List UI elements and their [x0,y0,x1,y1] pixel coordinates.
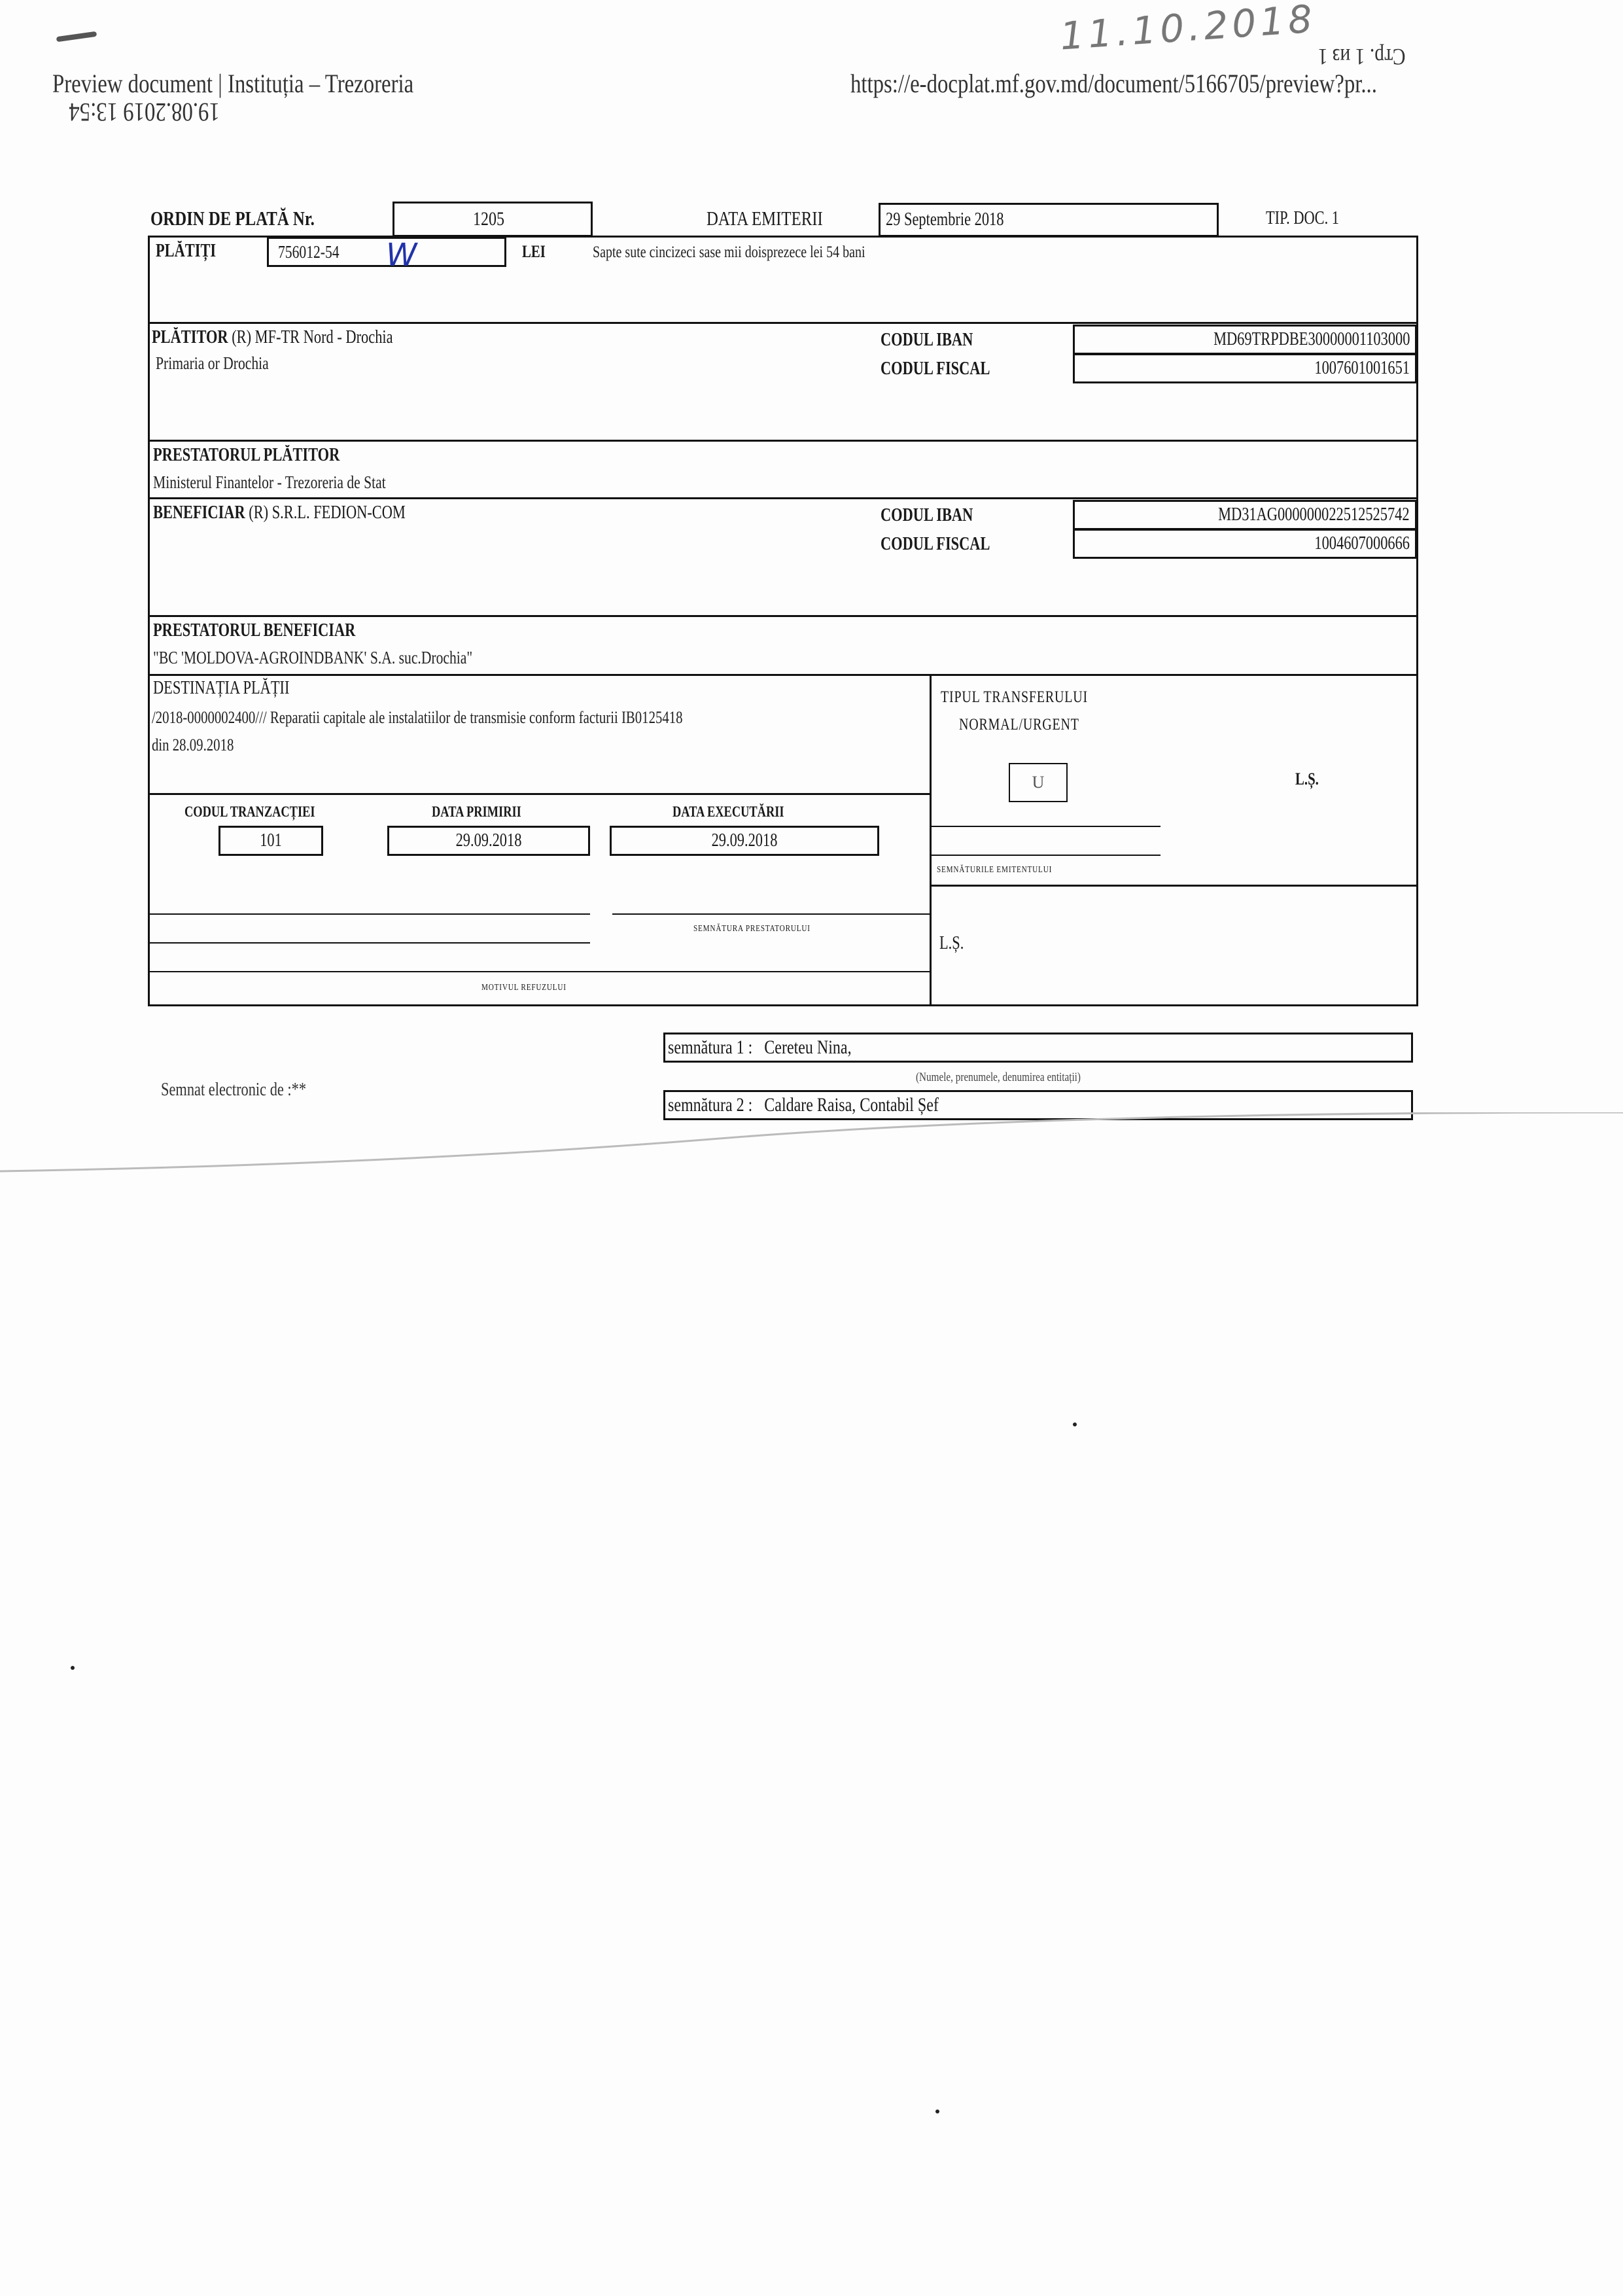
signature-1-label: semnătura 1 : [668,1036,752,1058]
doc-type-label: TIP. DOC. 1 [1266,208,1357,229]
refusal-reason-label: MOTIVUL REFUZULUI [481,983,587,993]
signature-hint: (Numele, prenumele, denumirea entitații) [916,1070,1122,1085]
signed-electronically-label: Semnat electronic de :** [161,1080,343,1101]
issue-date-label: DATA EMITERII [707,207,852,230]
transfer-type-field: U [1009,763,1068,802]
divider [148,440,1418,442]
divider [148,497,1418,499]
beneficiary-fiscal-label: CODUL FISCAL [881,534,1017,555]
provider-signature-label: SEMNĂTURA PRESTATORULUI [693,924,839,934]
beneficiary-fiscal-field: 1004607000666 [1073,529,1417,559]
provider-signature-line-2 [612,913,930,915]
purpose-text-line2: din 28.09.2018 [152,735,254,755]
payer-fiscal-label: CODUL FISCAL [881,359,1017,380]
provider-signature-line-1 [148,913,590,915]
transaction-code-label: CODUL TRANZACȚIEI [184,804,347,821]
printed-datetime: 19.08.2019 13:54 [69,97,220,128]
pay-label: PLĂTIȚI [156,241,231,262]
beneficiary-iban-label: CODUL IBAN [881,505,996,526]
issuer-signature-line-1 [932,826,1161,827]
transaction-code-field: 101 [218,826,323,856]
purpose-label: DESTINAȚIA PLĂȚII [153,678,324,699]
divider [148,793,930,795]
paper-edge [0,1112,1623,1204]
transfer-type-sublabel: NORMAL/URGENT [959,716,1109,734]
refusal-line [148,971,930,972]
beneficiary-provider-name: "BC 'MOLDOVA-AGROINDBANK' S.A. suc.Droch… [153,648,552,668]
column-divider [930,674,932,1006]
beneficiary-iban-field: MD31AG000000022512525742 [1073,500,1417,530]
stamp-label: L.Ș. [1295,769,1325,789]
divider [148,674,1418,676]
provider-signature-line-3 [148,942,590,944]
purpose-text-line1: /2018-0000002400/// Reparatii capitale a… [152,708,815,728]
payer-iban-field: MD69TRPDBE30000001103000 [1073,325,1417,355]
order-number-field: 1205 [393,202,593,237]
issue-date-field: 29 Septembrie 2018 [879,203,1219,237]
payer-heading: PLĂTITOR (R) MF-TR Nord - Drochia [152,327,453,348]
amount-in-words: Sapte sute cincizeci sase mii doisprezec… [593,243,934,262]
payer-subname: Primaria or Drochia [156,353,297,374]
scan-speck [935,2110,939,2113]
beneficiary-heading: BENEFICIAR (R) S.R.L. FEDION-COM [153,503,468,523]
document-url: https://e-docplat.mf.gov.md/document/516… [850,68,1377,99]
staple-mark [56,31,97,43]
stamp-label-2: L.Ș. [939,933,970,954]
signature-1-value: Cereteu Nina, [764,1036,851,1058]
handwritten-checkmark: W [386,237,417,274]
beneficiary-provider-label: PRESTATORUL BENEFICIAR [153,620,406,641]
executed-date-label: DATA EXECUTĂRII [672,804,812,821]
issuer-signature-line-2 [932,855,1161,856]
issuer-signatures-label: SEMNĂTURILE EMITENTULUI [937,865,1081,875]
payer-provider-name: Ministerul Finantelor - Trezoreria de St… [153,472,444,493]
payer-provider-label: PRESTATORUL PLĂTITOR [153,445,387,466]
executed-date-field: 29.09.2018 [610,826,879,856]
received-date-label: DATA PRIMIRII [432,804,544,821]
divider [148,322,1418,324]
scan-speck [71,1666,75,1670]
received-date-field: 29.09.2018 [387,826,590,856]
signature-1-row: semnătura 1 : Cereteu Nina, [663,1033,1413,1063]
page-indicator: Стр. 1 из 1 [1318,43,1406,71]
handwritten-note: 11.10.2018 [1058,0,1318,59]
scan-speck [1073,1422,1077,1426]
transfer-type-label: TIPUL TRANSFERULUI [941,688,1125,707]
payer-fiscal-field: 1007601001651 [1073,353,1417,383]
divider [930,885,1418,887]
browser-page-title: Preview document | Instituția – Trezorer… [52,68,413,99]
divider [148,615,1418,617]
currency-label: LEI [522,242,551,262]
payer-iban-label: CODUL IBAN [881,330,996,351]
order-title: ORDIN DE PLATĂ Nr. [150,207,355,230]
